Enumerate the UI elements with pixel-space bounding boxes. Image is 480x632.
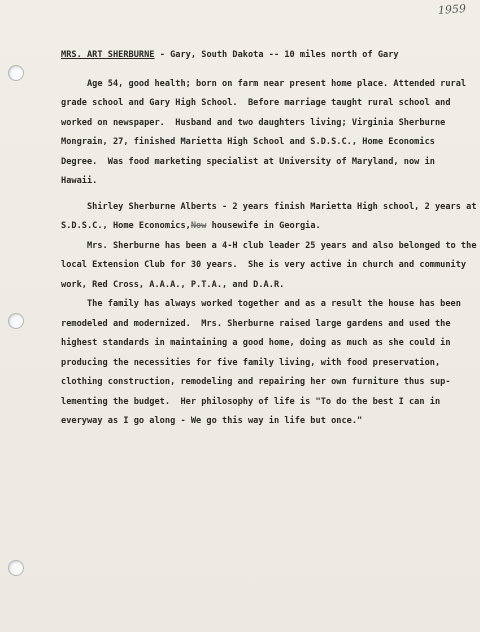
text-line: grade school and Gary High School. Befor…: [61, 98, 451, 108]
text-line: S.D.S.C., Home Economics,Now housewife i…: [61, 221, 321, 231]
text-line: Mongrain, 27, finished Marietta High Sch…: [61, 137, 435, 147]
text-line: everyway as I go along - We go this way …: [61, 416, 362, 426]
text-line: Mrs. Sherburne has been a 4-H club leade…: [61, 241, 477, 251]
text-line: Hawaii.: [61, 176, 97, 186]
handwritten-year: 1959: [438, 2, 467, 17]
binder-hole: [8, 65, 24, 81]
heading-name: MRS. ART SHERBURNE: [61, 50, 155, 60]
text-line: remodeled and modernized. Mrs. Sherburne…: [61, 319, 451, 329]
text-line: clothing construction, remodeling and re…: [61, 377, 451, 387]
heading: MRS. ART SHERBURNE - Gary, South Dakota …: [61, 50, 399, 60]
binder-hole: [8, 313, 24, 329]
text-line: local Extension Club for 30 years. She i…: [61, 260, 466, 270]
text-line: highest standards in maintaining a good …: [61, 338, 451, 348]
text-line: Age 54, good health; born on farm near p…: [61, 79, 466, 89]
text-line: Shirley Sherburne Alberts - 2 years fini…: [61, 202, 477, 212]
text-line: lementing the budget. Her philosophy of …: [61, 397, 440, 407]
document-page: 1959 MRS. ART SHERBURNE - Gary, South Da…: [0, 0, 480, 632]
text-line: producing the necessities for five famil…: [61, 358, 440, 368]
binder-hole: [8, 560, 24, 576]
text-line: Degree. Was food marketing specialist at…: [61, 157, 435, 167]
struck-text: Now: [191, 221, 207, 231]
text-line: work, Red Cross, A.A.A., P.T.A., and D.A…: [61, 280, 284, 290]
text-line: worked on newspaper. Husband and two dau…: [61, 118, 445, 128]
heading-location: - Gary, South Dakota -- 10 miles north o…: [155, 50, 399, 60]
text-line: The family has always worked together an…: [61, 299, 461, 309]
